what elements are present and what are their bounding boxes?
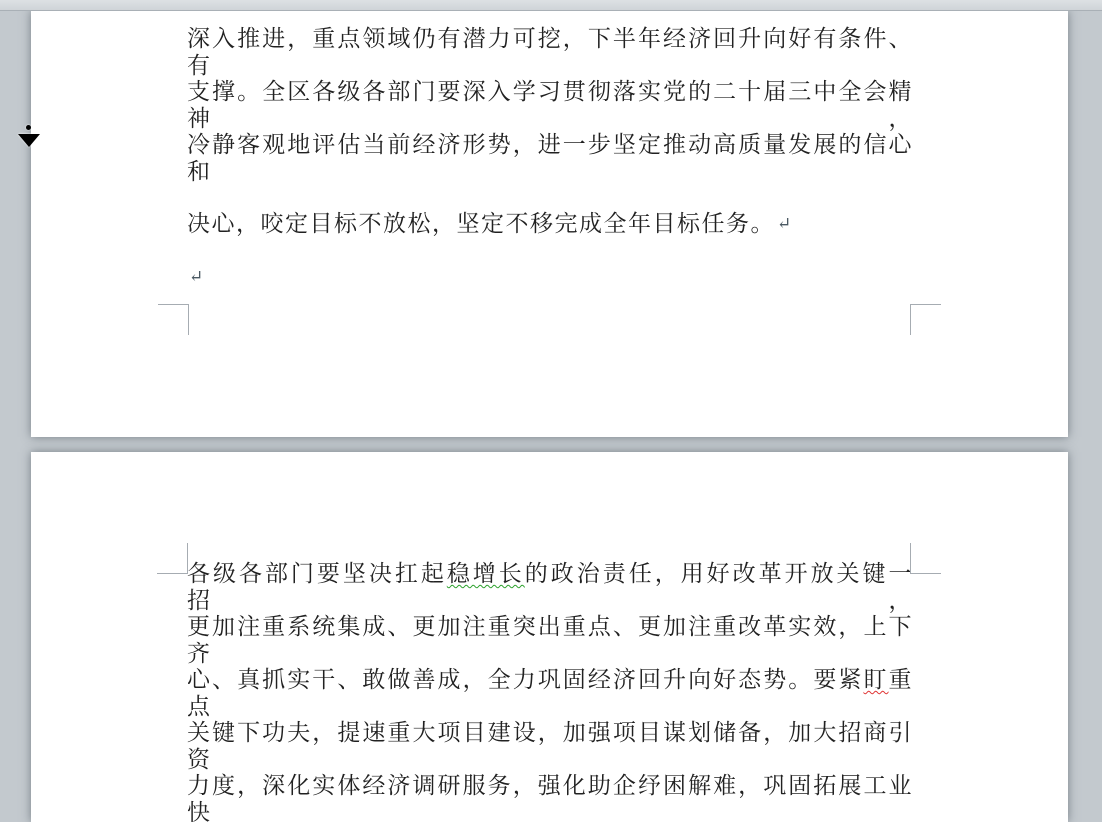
text-segment: 更加注重系统集成、更加注重突出重点、更加注重改革实效，上下齐 bbox=[187, 614, 913, 667]
text-line[interactable]: 各级各部门要坚决扛起稳增长的政治责任，用好改革开放关键一招， bbox=[187, 561, 913, 614]
page-2-text-area: 各级各部门要坚决扛起稳增长的政治责任，用好改革开放关键一招，更加注重系统集成、更… bbox=[187, 561, 913, 822]
text-line[interactable]: 关键下功夫，提速重大项目建设，加强项目谋划储备，加大招商引资 bbox=[187, 720, 913, 773]
text-line[interactable]: 力度，深化实体经济调研服务，强化助企纾困解难，巩固拓展工业快 bbox=[187, 773, 913, 822]
text-boundary-mark-bottom-right bbox=[910, 304, 941, 335]
text-segment: 力度，深化实体经济调研服务，强化助企纾困解难，巩固拓展工业快 bbox=[187, 773, 913, 822]
text-segment: 深入推进，重点领域仍有潜力可挖，下半年经济回升向好有条件、有 bbox=[187, 26, 913, 79]
autoscroll-origin-cursor bbox=[18, 124, 40, 152]
text-line[interactable]: ↵ bbox=[187, 238, 913, 291]
document-page-1: 和增强社会活力。从有利条件看，我区“一区两地”“西”通道”建设深入推进，重点领域… bbox=[31, 11, 1068, 437]
text-line[interactable]: 支撑。全区各级各部门要深入学习贯彻落实党的二十届三中全会精神， bbox=[187, 79, 913, 132]
text-boundary-mark-top-right bbox=[910, 543, 941, 574]
text-boundary-mark-bottom-left bbox=[158, 304, 189, 335]
autoscroll-down-arrow-icon bbox=[18, 134, 40, 147]
toolbar-bottom-edge bbox=[0, 0, 1102, 11]
spellcheck-green-segment: 稳增长 bbox=[447, 561, 525, 587]
document-page-2: 各级各部门要坚决扛起稳增长的政治责任，用好改革开放关键一招，更加注重系统集成、更… bbox=[31, 452, 1068, 822]
text-segment: 各级各部门要坚决扛起 bbox=[187, 561, 447, 587]
text-line[interactable]: 深入推进，重点领域仍有潜力可挖，下半年经济回升向好有条件、有 bbox=[187, 26, 913, 79]
text-line[interactable]: 更加注重系统集成、更加注重突出重点、更加注重改革实效，上下齐 bbox=[187, 614, 913, 667]
paragraph-mark: ↵ bbox=[189, 264, 203, 291]
text-line[interactable]: 和增强社会活力。从有利条件看，我区“一区两地”“西”通道”建设 bbox=[187, 11, 913, 26]
autoscroll-dot bbox=[26, 125, 31, 130]
text-line[interactable]: 冷静客观地评估当前经济形势，进一步坚定推动高质量发展的信心和 bbox=[187, 132, 913, 185]
text-segment: 支撑。全区各级各部门要深入学习贯彻落实党的二十届三中全会精神， bbox=[187, 79, 913, 132]
text-boundary-mark-top-left bbox=[157, 543, 188, 574]
text-segment: 冷静客观地评估当前经济形势，进一步坚定推动高质量发展的信心和 bbox=[187, 132, 913, 185]
text-segment: 关键下功夫，提速重大项目建设，加强项目谋划储备，加大招商引资 bbox=[187, 720, 913, 773]
text-segment: 决心，咬定目标不放松，坚定不移完成全年目标任务。 bbox=[187, 211, 775, 238]
spellcheck-red-segment: 盯 bbox=[863, 667, 888, 693]
text-line[interactable]: 决心，咬定目标不放松，坚定不移完成全年目标任务。↵ bbox=[187, 185, 913, 238]
page-1-text-area: 和增强社会活力。从有利条件看，我区“一区两地”“西”通道”建设深入推进，重点领域… bbox=[187, 11, 913, 291]
paragraph-mark: ↵ bbox=[777, 211, 791, 238]
text-segment: 心、真抓实干、敢做善成，全力巩固经济回升向好态势。要紧 bbox=[187, 667, 863, 693]
text-line[interactable]: 心、真抓实干、敢做善成，全力巩固经济回升向好态势。要紧盯重点 bbox=[187, 667, 913, 720]
